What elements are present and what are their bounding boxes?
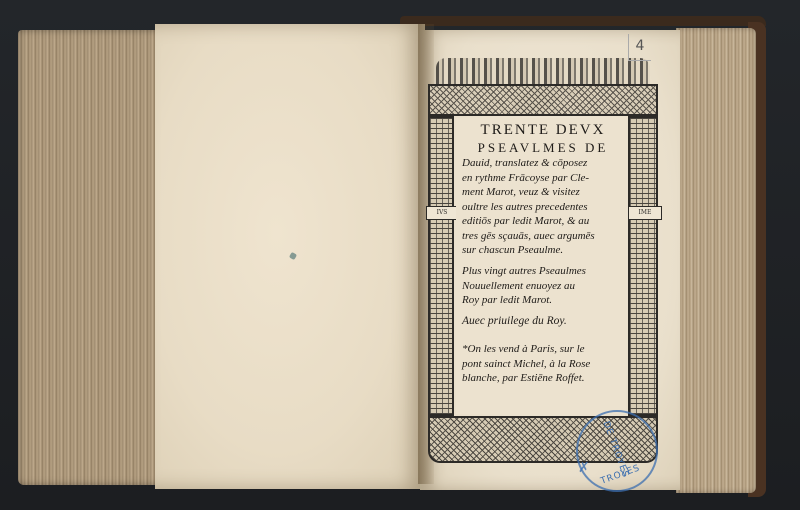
body-line: oultre les autres precedentes [462, 200, 624, 215]
addition-line: Nouuellement enuoyez au [462, 279, 624, 294]
title-body: Dauid, translatez & cōposez en rythme Fr… [462, 156, 624, 258]
folio-number: 4 [628, 34, 651, 61]
body-line: editiōs par ledit Marot, & au [462, 214, 624, 229]
body-line: Dauid, translatez & cōposez [462, 156, 624, 171]
title-line-1: TRENTE DEVX [462, 122, 624, 139]
frame-crest-ornament [436, 58, 650, 84]
imprint-line: *On les vend à Paris, sur le [462, 342, 624, 357]
column-tag-left: IVS [426, 206, 458, 220]
body-line: sur chascun Pseaulme. [462, 243, 624, 258]
body-line: ment Marot, veuz & visitez [462, 185, 624, 200]
imprint-line: pont sainct Michel, à la Rose [462, 357, 624, 372]
imprint-text: *On les vend à Paris, sur le pont sainct… [462, 342, 624, 386]
body-line: en rythme Frācoyse par Cle- [462, 171, 624, 186]
frame-lintel [428, 84, 658, 116]
title-text-block: TRENTE DEVX PSEAVLMES DE Dauid, translat… [456, 118, 626, 414]
pencil-mark: ✗ [578, 460, 590, 476]
left-page-block-edges [18, 30, 163, 485]
engraved-frame: IVS IME TRENTE DEVX PSEAVLMES DE Dauid, … [428, 58, 658, 463]
right-page-block-edges [676, 28, 756, 493]
frame-column-right: IME [628, 116, 658, 416]
addition-text: Plus vingt autres Pseaulmes Nouuellement… [462, 264, 624, 308]
column-tag-right: IME [628, 206, 662, 220]
privilege-line: Auec priuilege du Roy. [462, 315, 624, 327]
book-cover-top [400, 16, 766, 26]
frame-column-left: IVS [428, 116, 454, 416]
title-line-2: PSEAVLMES DE [462, 140, 624, 156]
addition-line: Plus vingt autres Pseaulmes [462, 264, 624, 279]
addition-line: Roy par ledit Marot. [462, 293, 624, 308]
imprint-line: blanche, par Estiēne Roffet. [462, 371, 624, 386]
body-line: tres gēs sçauās, auec argumēs [462, 229, 624, 244]
